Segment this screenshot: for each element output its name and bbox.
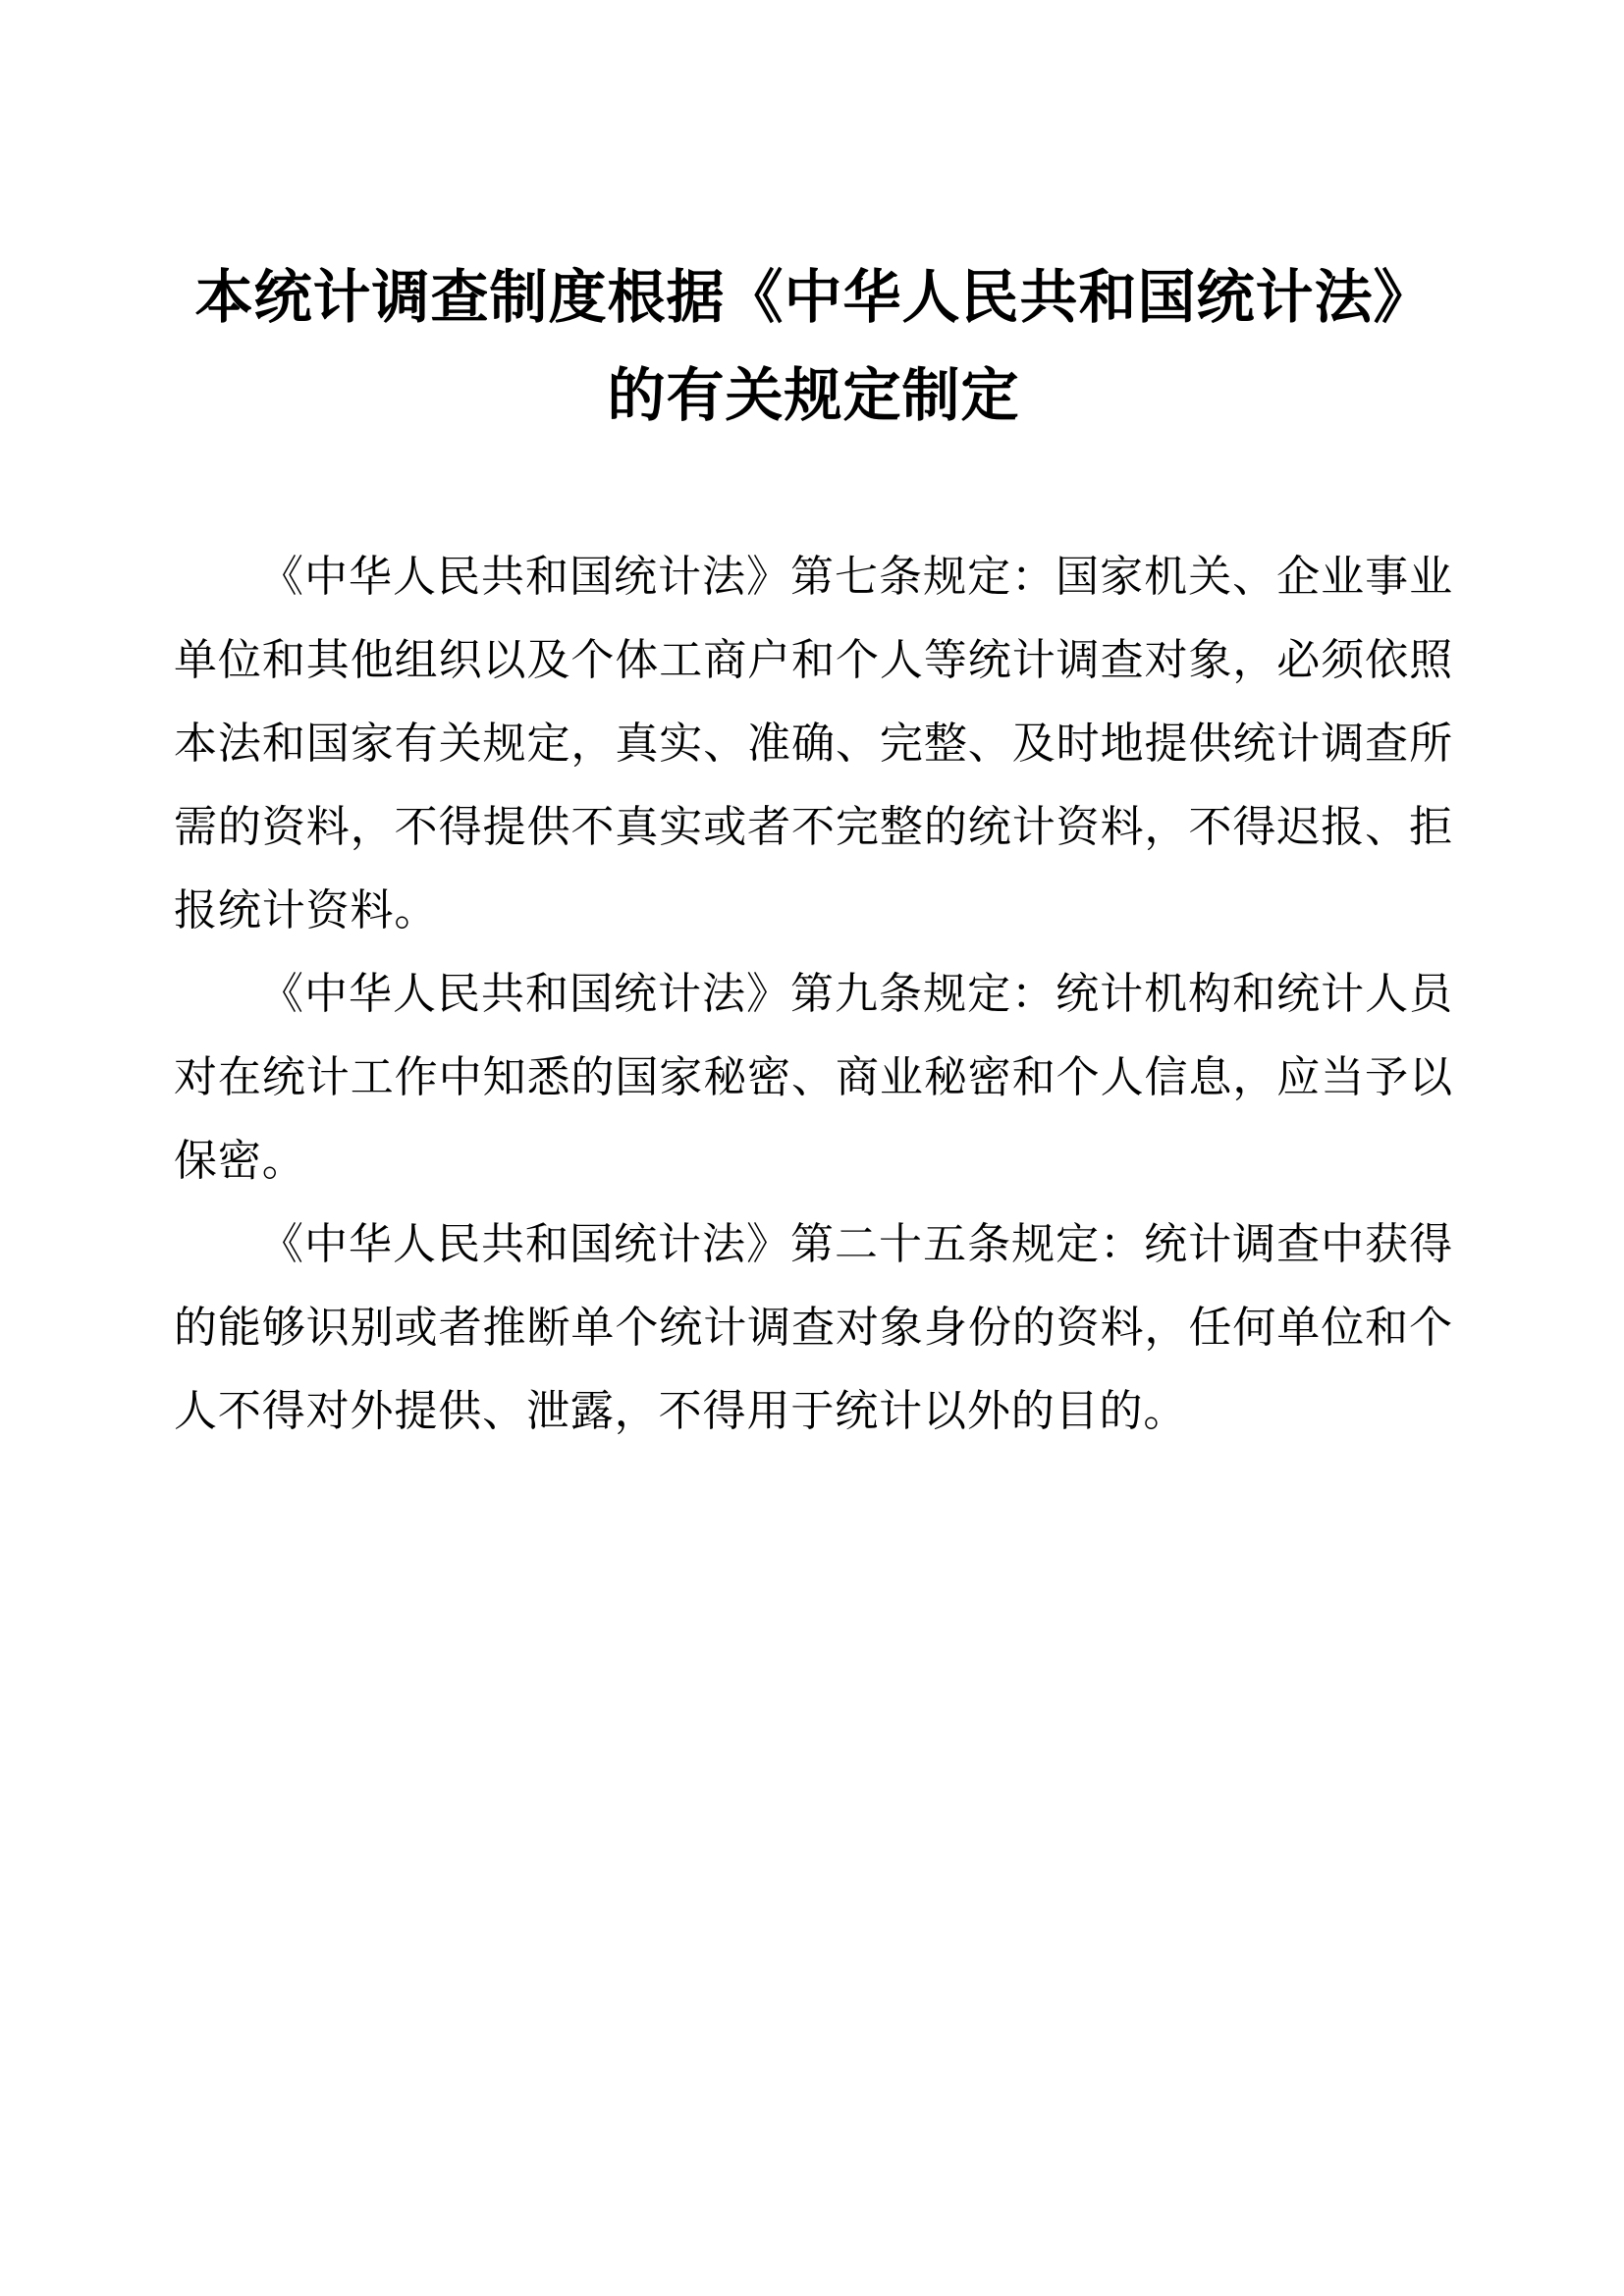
body-paragraph-article-7: 《中华人民共和国统计法》第七条规定：国家机关、企业事业单位和其他组织以及个体工商… xyxy=(174,535,1453,952)
document-page: 本统计调查制度根据《中华人民共和国统计法》 的有关规定制定 《中华人民共和国统计… xyxy=(0,0,1624,2296)
title-line-1: 本统计调查制度根据《中华人民共和国统计法》 xyxy=(174,248,1453,347)
title-line-2: 的有关规定制定 xyxy=(174,347,1453,445)
document-title: 本统计调查制度根据《中华人民共和国统计法》 的有关规定制定 xyxy=(174,248,1453,445)
document-body: 《中华人民共和国统计法》第七条规定：国家机关、企业事业单位和其他组织以及个体工商… xyxy=(174,535,1453,1453)
body-paragraph-article-25: 《中华人民共和国统计法》第二十五条规定：统计调查中获得的能够识别或者推断单个统计… xyxy=(174,1202,1453,1453)
body-paragraph-article-9: 《中华人民共和国统计法》第九条规定：统计机构和统计人员对在统计工作中知悉的国家秘… xyxy=(174,952,1453,1202)
